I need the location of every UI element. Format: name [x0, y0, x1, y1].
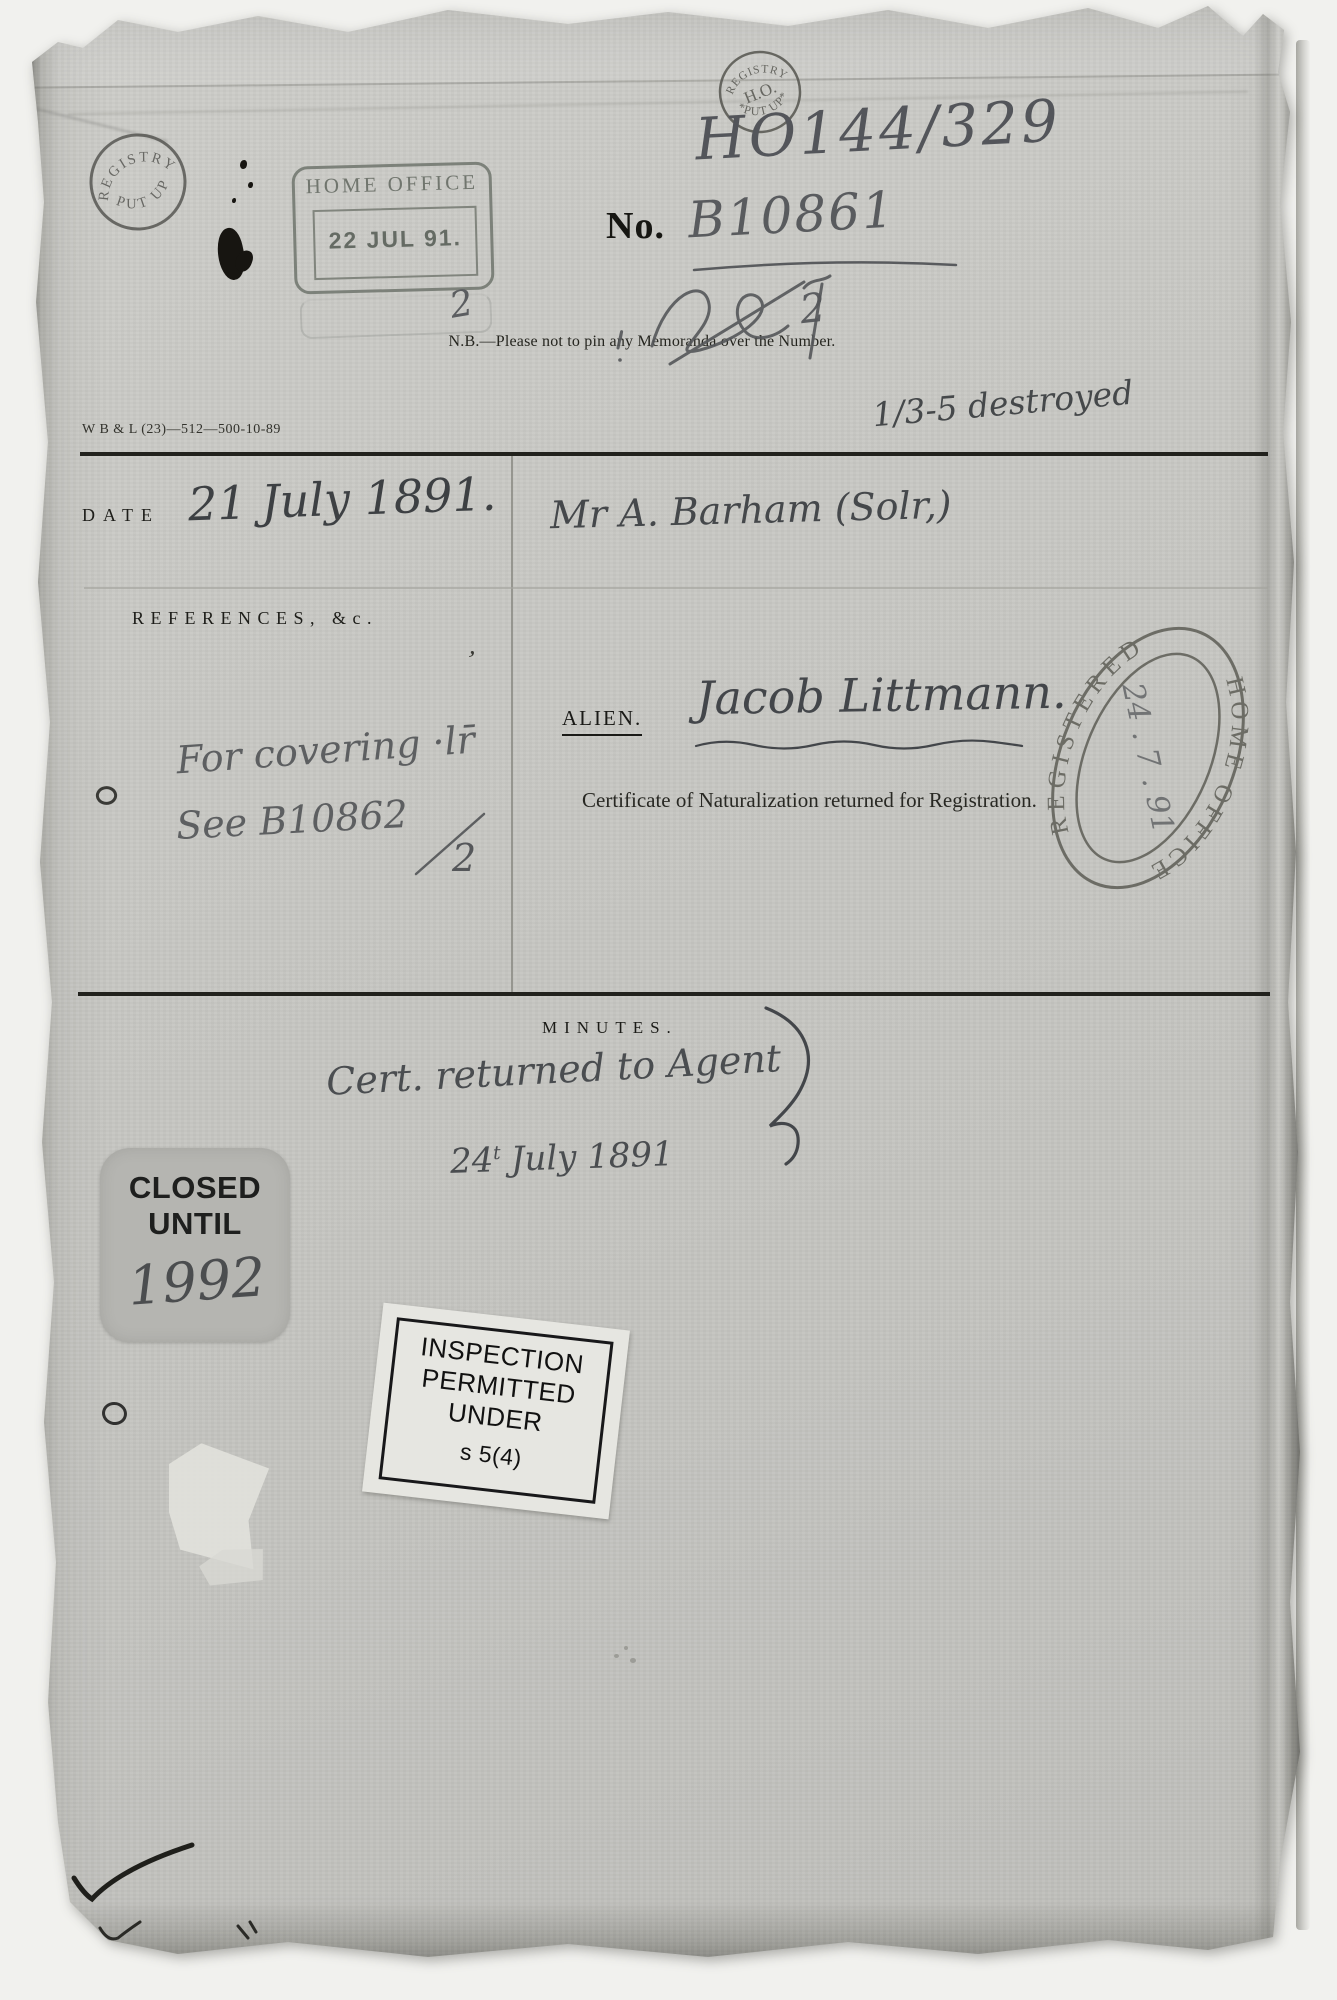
crease-top-line: [68, 91, 1248, 116]
crease-right-fold: [1254, 2, 1300, 1974]
subject-line: Certificate of Naturalization returned f…: [582, 788, 1037, 813]
closed-label: CLOSED: [100, 1170, 290, 1206]
minutes-day-suffix: t: [493, 1143, 501, 1164]
row-divider: [84, 587, 1268, 589]
alien-name-underline: [694, 736, 1026, 752]
closed-until-sticker: CLOSED UNTIL 1992: [100, 1148, 290, 1342]
minutes-heading: MINUTES.: [542, 1018, 678, 1038]
check-mark: [66, 1836, 201, 1916]
minutes-day: 24: [449, 1140, 494, 1181]
printer-code: W B & L (23)—512—500-10-89: [82, 422, 281, 438]
rule-minutes: [78, 992, 1270, 996]
smudge-marks: [610, 1644, 650, 1674]
inspection-permitted-sticker: INSPECTION PERMITTED UNDER s 5(4): [362, 1303, 630, 1520]
minutes-entry-line2: 24tJuly 1891: [449, 1134, 674, 1182]
date-label: DATE: [82, 505, 160, 526]
alien-label: ALIEN.: [562, 706, 642, 736]
closed-year: 1992: [126, 1245, 267, 1317]
column-divider: [511, 456, 513, 994]
scanned-archive-page: { "header": { "registry_stamp": { "arc_t…: [0, 0, 1337, 2000]
reference-fraction-slash: [410, 806, 490, 882]
reference-see-denominator: 2: [452, 836, 476, 880]
file-number: B10861: [687, 181, 898, 250]
minutes-brace: [748, 1002, 833, 1177]
references-label: REFERENCES, &c.: [132, 608, 378, 629]
crease-left-edge: [28, 2, 58, 1974]
oval-handwritten-date: 24 . 7 . 91: [1114, 679, 1180, 837]
minutes-month-year: July 1891: [510, 1134, 674, 1180]
alien-name: Jacob Littmann.: [696, 665, 1067, 725]
rule-top: [80, 452, 1268, 456]
ink-blot: [210, 150, 280, 300]
stamp-date: 22 JUL 91.: [315, 224, 476, 255]
stamp-text-put-up: PUT UP: [109, 171, 179, 222]
stamp-office-name: HOME OFFICE: [292, 169, 493, 199]
crease-top-fold: [28, 0, 1309, 89]
bottom-edge-ticks: [88, 1908, 308, 1954]
home-office-date-stamp: HOME OFFICE 22 JUL 91.: [291, 161, 494, 294]
no-label: No.: [606, 204, 665, 248]
stamp-date-box: 22 JUL 91.: [313, 206, 479, 280]
signature-scrawl: [608, 268, 918, 368]
until-label: UNTIL: [100, 1206, 290, 1242]
date-value: 21 July 1891.: [187, 467, 497, 532]
inspection-sticker-border: INSPECTION PERMITTED UNDER s 5(4): [379, 1317, 614, 1504]
